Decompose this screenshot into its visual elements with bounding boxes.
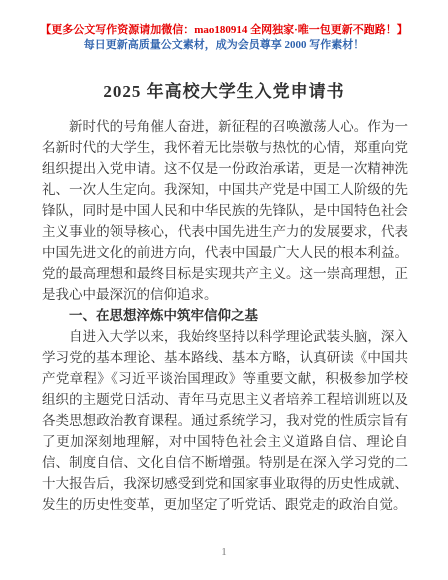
section-heading-1: 一、在思想淬炼中筑牢信仰之基	[42, 305, 408, 326]
document-body: 新时代的号角催人奋进，新征程的召唤激荡人心。作为一名新时代的大学生，我怀着无比崇…	[42, 116, 408, 515]
promo-line-blue: 每日更新高质量公文素材，成为会员尊享 2000 写作素材！	[0, 38, 448, 52]
paragraph-section-1: 自进入大学以来，我始终坚持以科学理论武装头脑，深入学习党的基本理论、基本路线、基…	[42, 326, 408, 515]
page-number: 1	[0, 546, 448, 558]
promo-header: 【更多公文写作资源请加微信：mao180914 全网独家·唯一包更新不跑路！】 …	[0, 0, 448, 52]
document-page: 【更多公文写作资源请加微信：mao180914 全网独家·唯一包更新不跑路！】 …	[0, 0, 448, 580]
paragraph-intro: 新时代的号角催人奋进，新征程的召唤激荡人心。作为一名新时代的大学生，我怀着无比崇…	[42, 116, 408, 305]
promo-line-red: 【更多公文写作资源请加微信：mao180914 全网独家·唯一包更新不跑路！】	[0, 23, 448, 37]
document-title: 2025 年高校大学生入党申请书	[20, 80, 428, 104]
